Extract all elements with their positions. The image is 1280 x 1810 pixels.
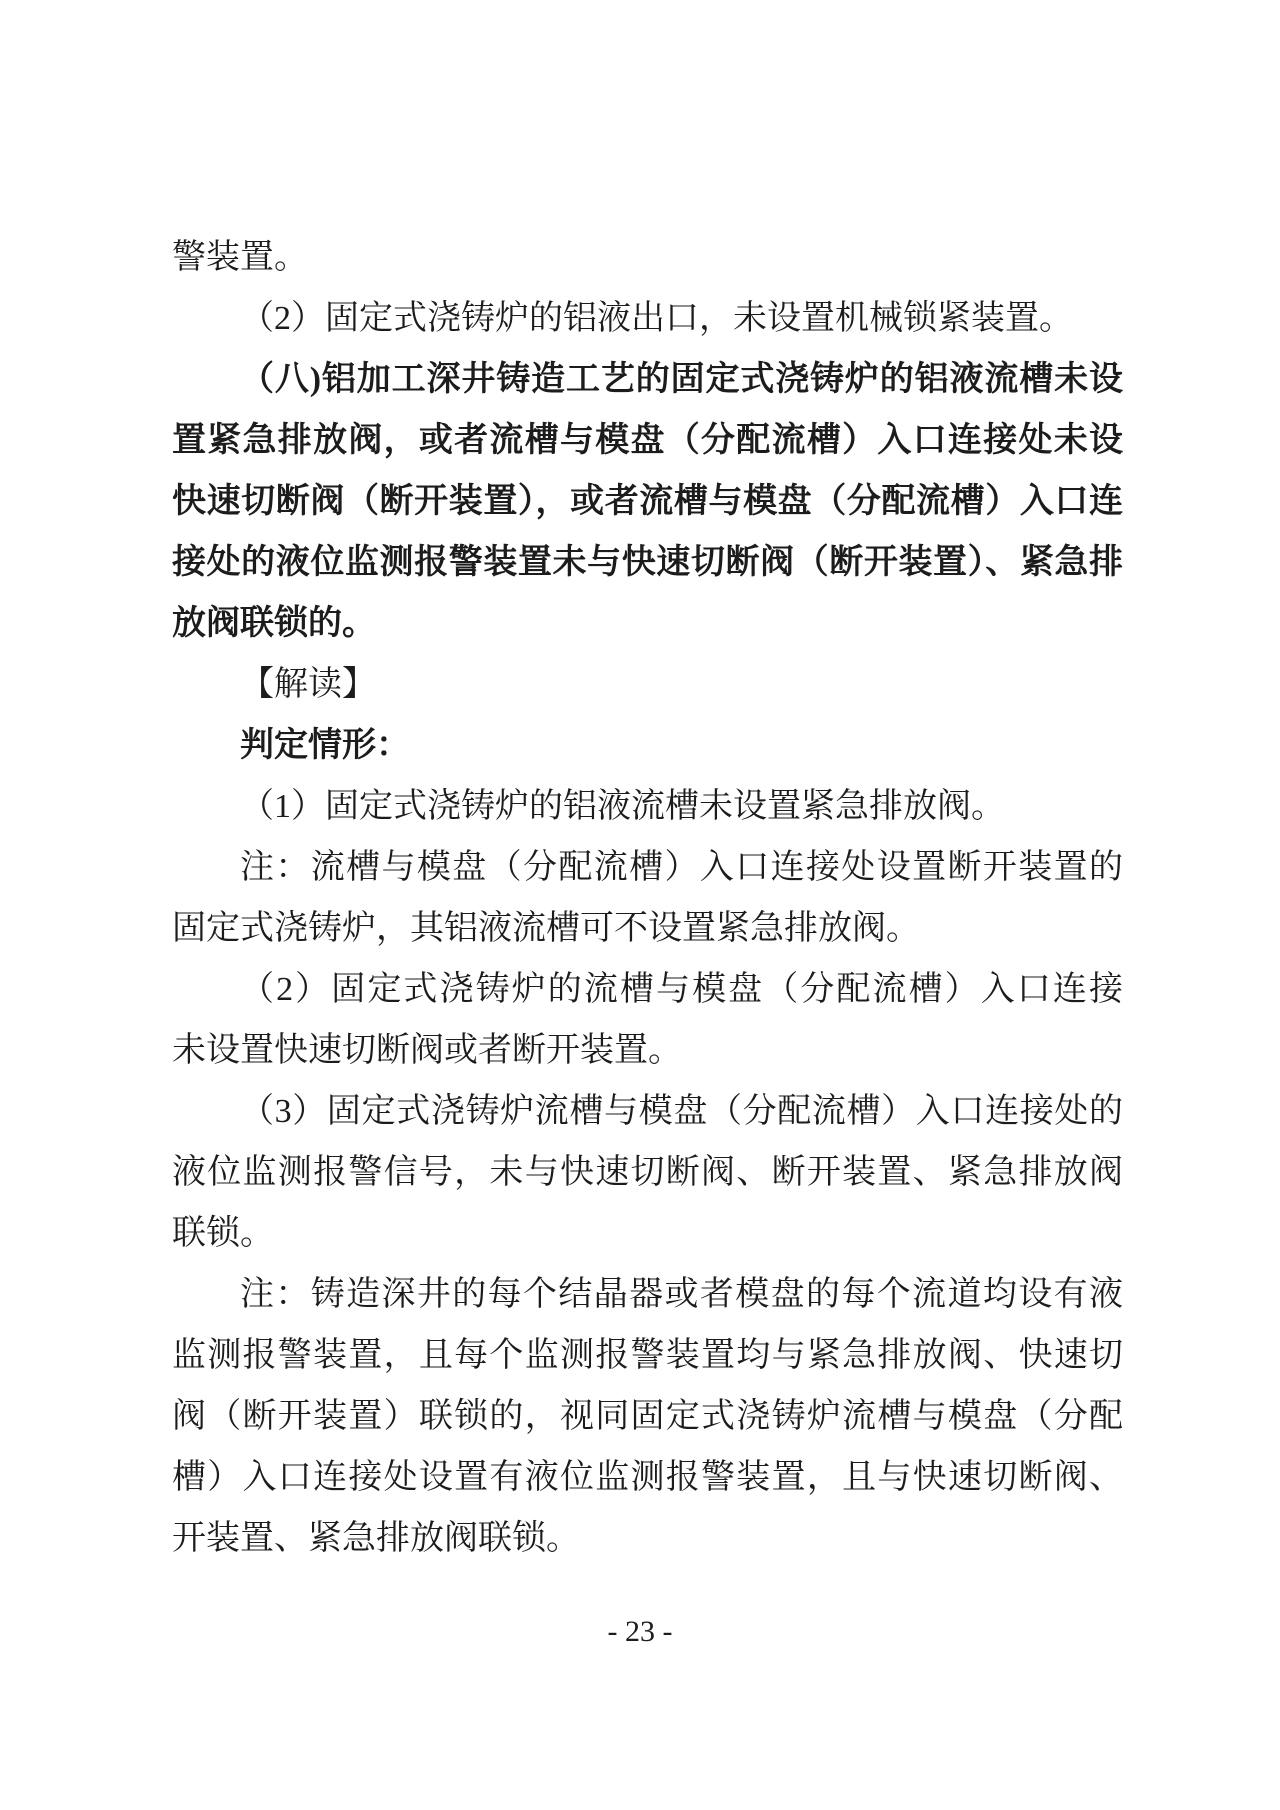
text-line: （2）固定式浇铸炉的铝液出口，未设置机械锁紧装置。 (172, 288, 1123, 349)
text-line: 槽）入口连接处设置有液位监测报警装置，且与快速切断阀、断 (172, 1447, 1123, 1508)
document-page: 警装置。 （2）固定式浇铸炉的铝液出口，未设置机械锁紧装置。 （八)铝加工深井铸… (0, 0, 1280, 1810)
text-line: 判定情形： (172, 715, 1123, 776)
text-line: 放阀联锁的。 (172, 593, 1123, 654)
text-line: （1）固定式浇铸炉的铝液流槽未设置紧急排放阀。 (172, 776, 1123, 837)
text-line: 接处的液位监测报警装置未与快速切断阀（断开装置）、紧急排 (172, 532, 1123, 593)
text-line: （3）固定式浇铸炉流槽与模盘（分配流槽）入口连接处的 (172, 1081, 1123, 1142)
text-line: 固定式浇铸炉，其铝液流槽可不设置紧急排放阀。 (172, 898, 1123, 959)
text-line: 注：铸造深井的每个结晶器或者模盘的每个流道均设有液位 (172, 1264, 1123, 1325)
text-line: 液位监测报警信号，未与快速切断阀、断开装置、紧急排放阀 (172, 1142, 1123, 1203)
text-line: （八)铝加工深井铸造工艺的固定式浇铸炉的铝液流槽未设 (172, 349, 1123, 410)
text-line: 阀（断开装置）联锁的，视同固定式浇铸炉流槽与模盘（分配流 (172, 1386, 1123, 1447)
text-line: 监测报警装置，且每个监测报警装置均与紧急排放阀、快速切断 (172, 1325, 1123, 1386)
page-number: - 23 - (0, 1612, 1280, 1652)
text-line: 未设置快速切断阀或者断开装置。 (172, 1020, 1123, 1081)
text-line: 置紧急排放阀，或者流槽与模盘（分配流槽）入口连接处未设置 (172, 410, 1123, 471)
text-line: 开装置、紧急排放阀联锁。 (172, 1508, 1123, 1569)
text-line: 【解读】 (172, 654, 1123, 715)
text-line: 联锁。 (172, 1203, 1123, 1264)
text-line: 警装置。 (172, 227, 1123, 288)
text-line: 快速切断阀（断开装置），或者流槽与模盘（分配流槽）入口连 (172, 471, 1123, 532)
document-body: 警装置。 （2）固定式浇铸炉的铝液出口，未设置机械锁紧装置。 （八)铝加工深井铸… (172, 227, 1123, 1569)
text-line: （2）固定式浇铸炉的流槽与模盘（分配流槽）入口连接处， (172, 959, 1123, 1020)
text-line: 注：流槽与模盘（分配流槽）入口连接处设置断开装置的 (172, 837, 1123, 898)
